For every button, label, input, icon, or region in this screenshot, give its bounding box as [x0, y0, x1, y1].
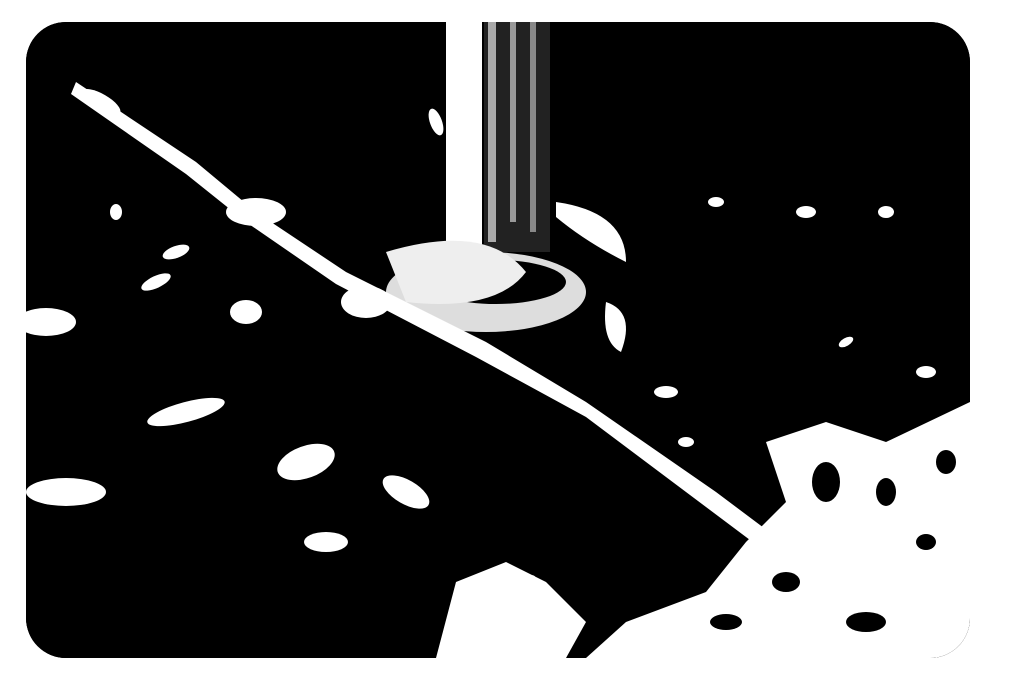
photo-scene — [26, 22, 970, 658]
post — [446, 22, 550, 262]
photograph: High-contrast black and white photograph… — [26, 22, 970, 658]
